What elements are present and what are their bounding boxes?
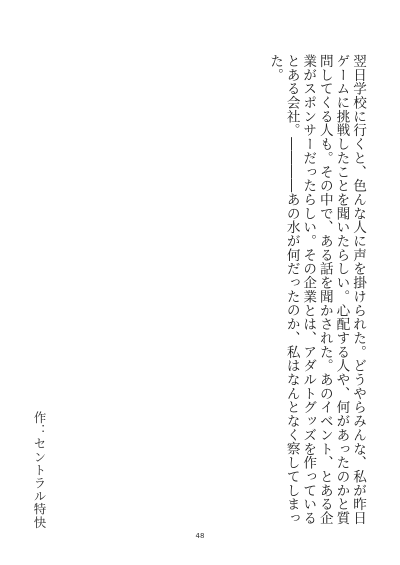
text-column-2: ゲームに挑戦したことを聞いたらしい。心配する人や、何があったのかと質 <box>333 54 350 524</box>
page-number: 48 <box>190 532 210 540</box>
text-column-5: とある会社。――――あの水が何だったのか、私はなんとなく察してしまっ <box>283 54 300 524</box>
story-body-text: 翌日学校に行くと、色んな人に声を掛けられた。どうやらみんな、私が昨日 ゲームに挑… <box>266 54 366 524</box>
text-column-6: た。 <box>266 54 283 524</box>
author-credit: 作：セントラル特快 <box>30 411 48 529</box>
manuscript-page: 翌日学校に行くと、色んな人に声を掛けられた。どうやらみんな、私が昨日 ゲームに挑… <box>0 0 400 565</box>
text-column-4: 業がスポンサーだったらしい。その企業とは、アダルトグッズを作っている <box>300 54 317 524</box>
text-column-3: 問してくる人も。その中で、ある話を聞かされた。あのイベント、とある企 <box>316 54 333 524</box>
text-column-1: 翌日学校に行くと、色んな人に声を掛けられた。どうやらみんな、私が昨日 <box>349 54 366 524</box>
